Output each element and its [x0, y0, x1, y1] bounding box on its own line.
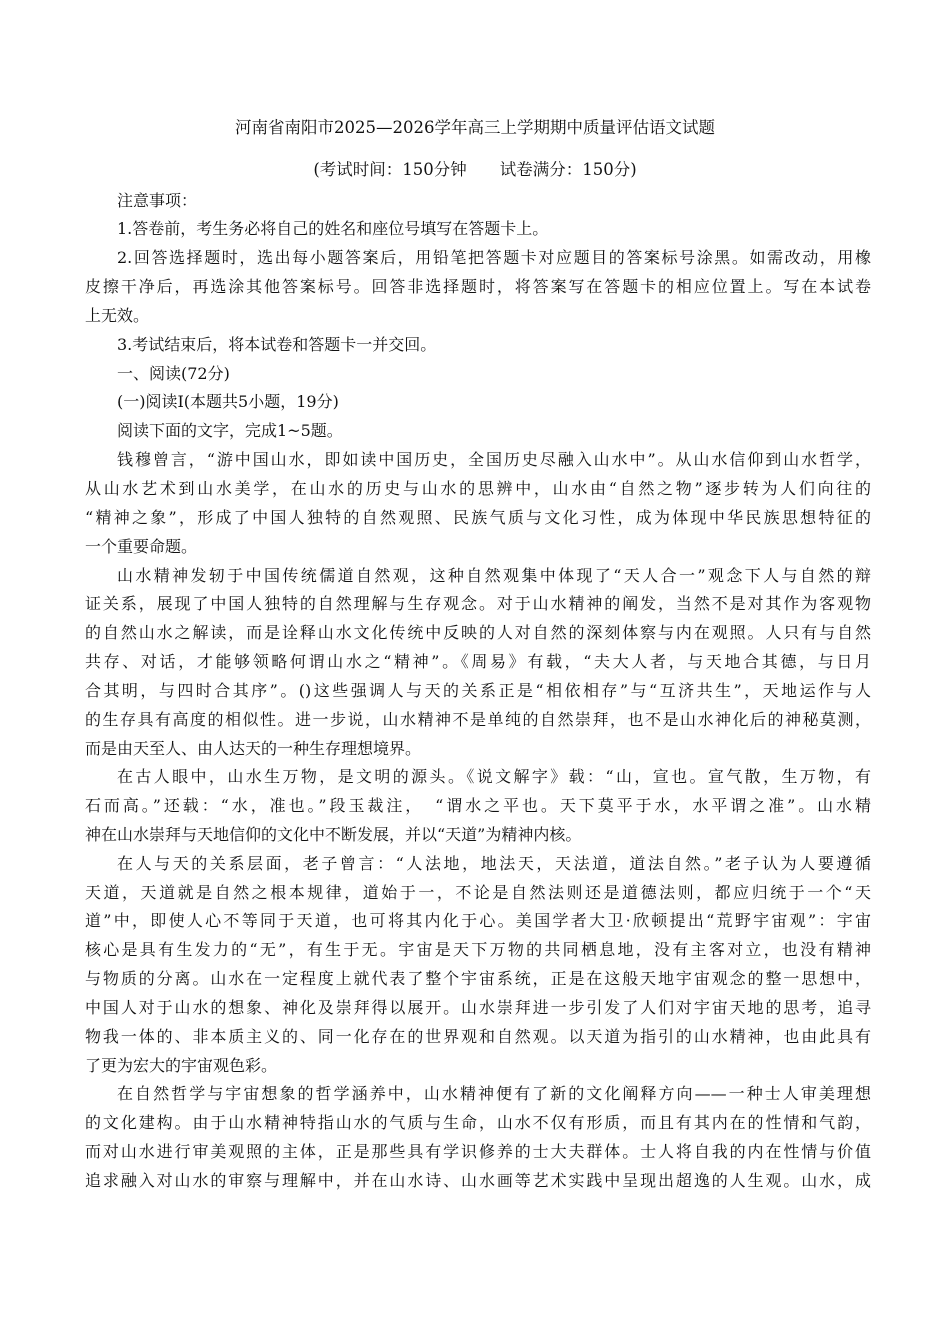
passage-p2-line: 的自然山水之解读，而是诠释山水文化传统中反映的人对自然的深刻体察与内在观照。人只…	[85, 623, 871, 643]
passage-p3-line: 神在山水崇拜与天地信仰的文化中不断发展，并以“天道”为精神内核。	[85, 825, 871, 845]
passage-p2-line: 共存、对话，才能够领略何谓山水之“精神”。《周易》有载，“夫大人者，与天地合其德…	[85, 652, 871, 672]
passage-p2-line: 证关系，展现了中国人独特的自然理解与生存观念。对于山水精神的阐发，当然不是对其作…	[85, 594, 871, 614]
notice-item-2-line-3: 上无效。	[85, 306, 871, 326]
passage-p4-line: 物我一体的、非本质主义的、同一化存在的世界观和自然观。以天道为指引的山水精神，也…	[85, 1027, 871, 1047]
passage-p1-line: 从山水艺术到山水美学，在山水的历史与山水的思辨中，山水由“自然之物”逐步转为人们…	[85, 479, 871, 499]
passage-p4-line: 中国人对于山水的想象、神化及崇拜得以展开。山水崇拜进一步引发了人们对宇宙天地的思…	[85, 998, 871, 1018]
passage-p2-line: 山水精神发轫于中国传统儒道自然观，这种自然观集中体现了“天人合一”观念下人与自然…	[117, 566, 871, 586]
passage-p2-line: 而是由天至人、由人达天的一种生存理想境界。	[85, 739, 871, 759]
passage-p4-line: 在人与天的关系层面，老子曾言：“人法地，地法天，天法道，道法自然。”老子认为人要…	[117, 854, 871, 874]
notice-item-2-line-2: 皮擦干净后，再选涂其他答案标号。回答非选择题时，将答案写在答题卡的相应位置上。写…	[85, 277, 871, 297]
passage-p5-line: 在自然哲学与宇宙想象的哲学涵养中，山水精神便有了新的文化阐释方向——一种士人审美…	[117, 1084, 871, 1104]
passage-p4-line: 天道，天道就是自然之根本规律，道始于一，不论是自然法则还是道德法则，都应归统于一…	[85, 883, 871, 903]
exam-title: 河南省南阳市2025—2026学年高三上学期期中质量评估语文试题	[0, 118, 950, 138]
passage-p2-line: 合其明，与四时合其序”。()这些强调人与天的关系正是“相依相存”与“互济共生”，…	[85, 681, 871, 701]
passage-p1-line: “精神之象”，形成了中国人独特的自然观照、民族气质与文化习性，成为体现中华民族思…	[85, 508, 871, 528]
exam-subtitle: (考试时间：150分钟 试卷满分：150分)	[0, 160, 950, 180]
passage-p4-line: 道”中，即使人心不等同于天道，也可将其内化于心。美国学者大卫·欣顿提出“荒野宇宙…	[85, 911, 871, 931]
section-subheading: (一)阅读Ⅰ(本题共5小题，19分)	[117, 392, 871, 412]
section-heading: 一、阅读(72分)	[117, 364, 871, 384]
passage-p2-line: 的生存具有高度的相似性。进一步说，山水精神不是单纯的自然崇拜，也不是山水神化后的…	[85, 710, 871, 730]
passage-p1-line: 钱穆曾言，“游中国山水，即如读中国历史，全国历史尽融入山水中”。从山水信仰到山水…	[117, 450, 871, 470]
notice-item-1: 1.答卷前，考生务必将自己的姓名和座位号填写在答题卡上。	[117, 219, 871, 239]
passage-p4-line: 核心是具有生发力的“无”，有生于无。宇宙是天下万物的共同栖息地，没有主客对立，也…	[85, 940, 871, 960]
passage-p4-line: 了更为宏大的宇宙观色彩。	[85, 1056, 871, 1076]
passage-p5-line: 的文化建构。由于山水精神特指山水的气质与生命，山水不仅有形质，而且有其内在的性情…	[85, 1113, 871, 1133]
passage-p3-line: 在古人眼中，山水生万物，是文明的源头。《说文解字》载：“山，宣也。宣气散，生万物…	[117, 767, 871, 787]
passage-p5-line: 追求融入对山水的审察与理解中，并在山水诗、山水画等艺术实践中呈现出超逸的人生观。…	[85, 1171, 871, 1191]
passage-p3-line: 石而高。”还载：“水，准也。”段玉裁注， “谓水之平也。天下莫平于水，水平谓之准…	[85, 796, 871, 816]
passage-p4-line: 与物质的分离。山水在一定程度上就代表了整个宇宙系统，正是在这般天地宇宙观念的整一…	[85, 969, 871, 989]
notice-item-3: 3.考试结束后，将本试卷和答题卡一并交回。	[117, 335, 871, 355]
passage-p1-line: 一个重要命题。	[85, 537, 871, 557]
notice-heading: 注意事项：	[117, 191, 871, 211]
section-instruction: 阅读下面的文字，完成1~5题。	[117, 421, 871, 441]
passage-p5-line: 而对山水进行审美观照的主体，正是那些具有学识修养的士大夫群体。士人将自我的内在性…	[85, 1142, 871, 1162]
notice-item-2-line-1: 2.回答选择题时，选出每小题答案后，用铅笔把答题卡对应题目的答案标号涂黑。如需改…	[117, 248, 871, 268]
